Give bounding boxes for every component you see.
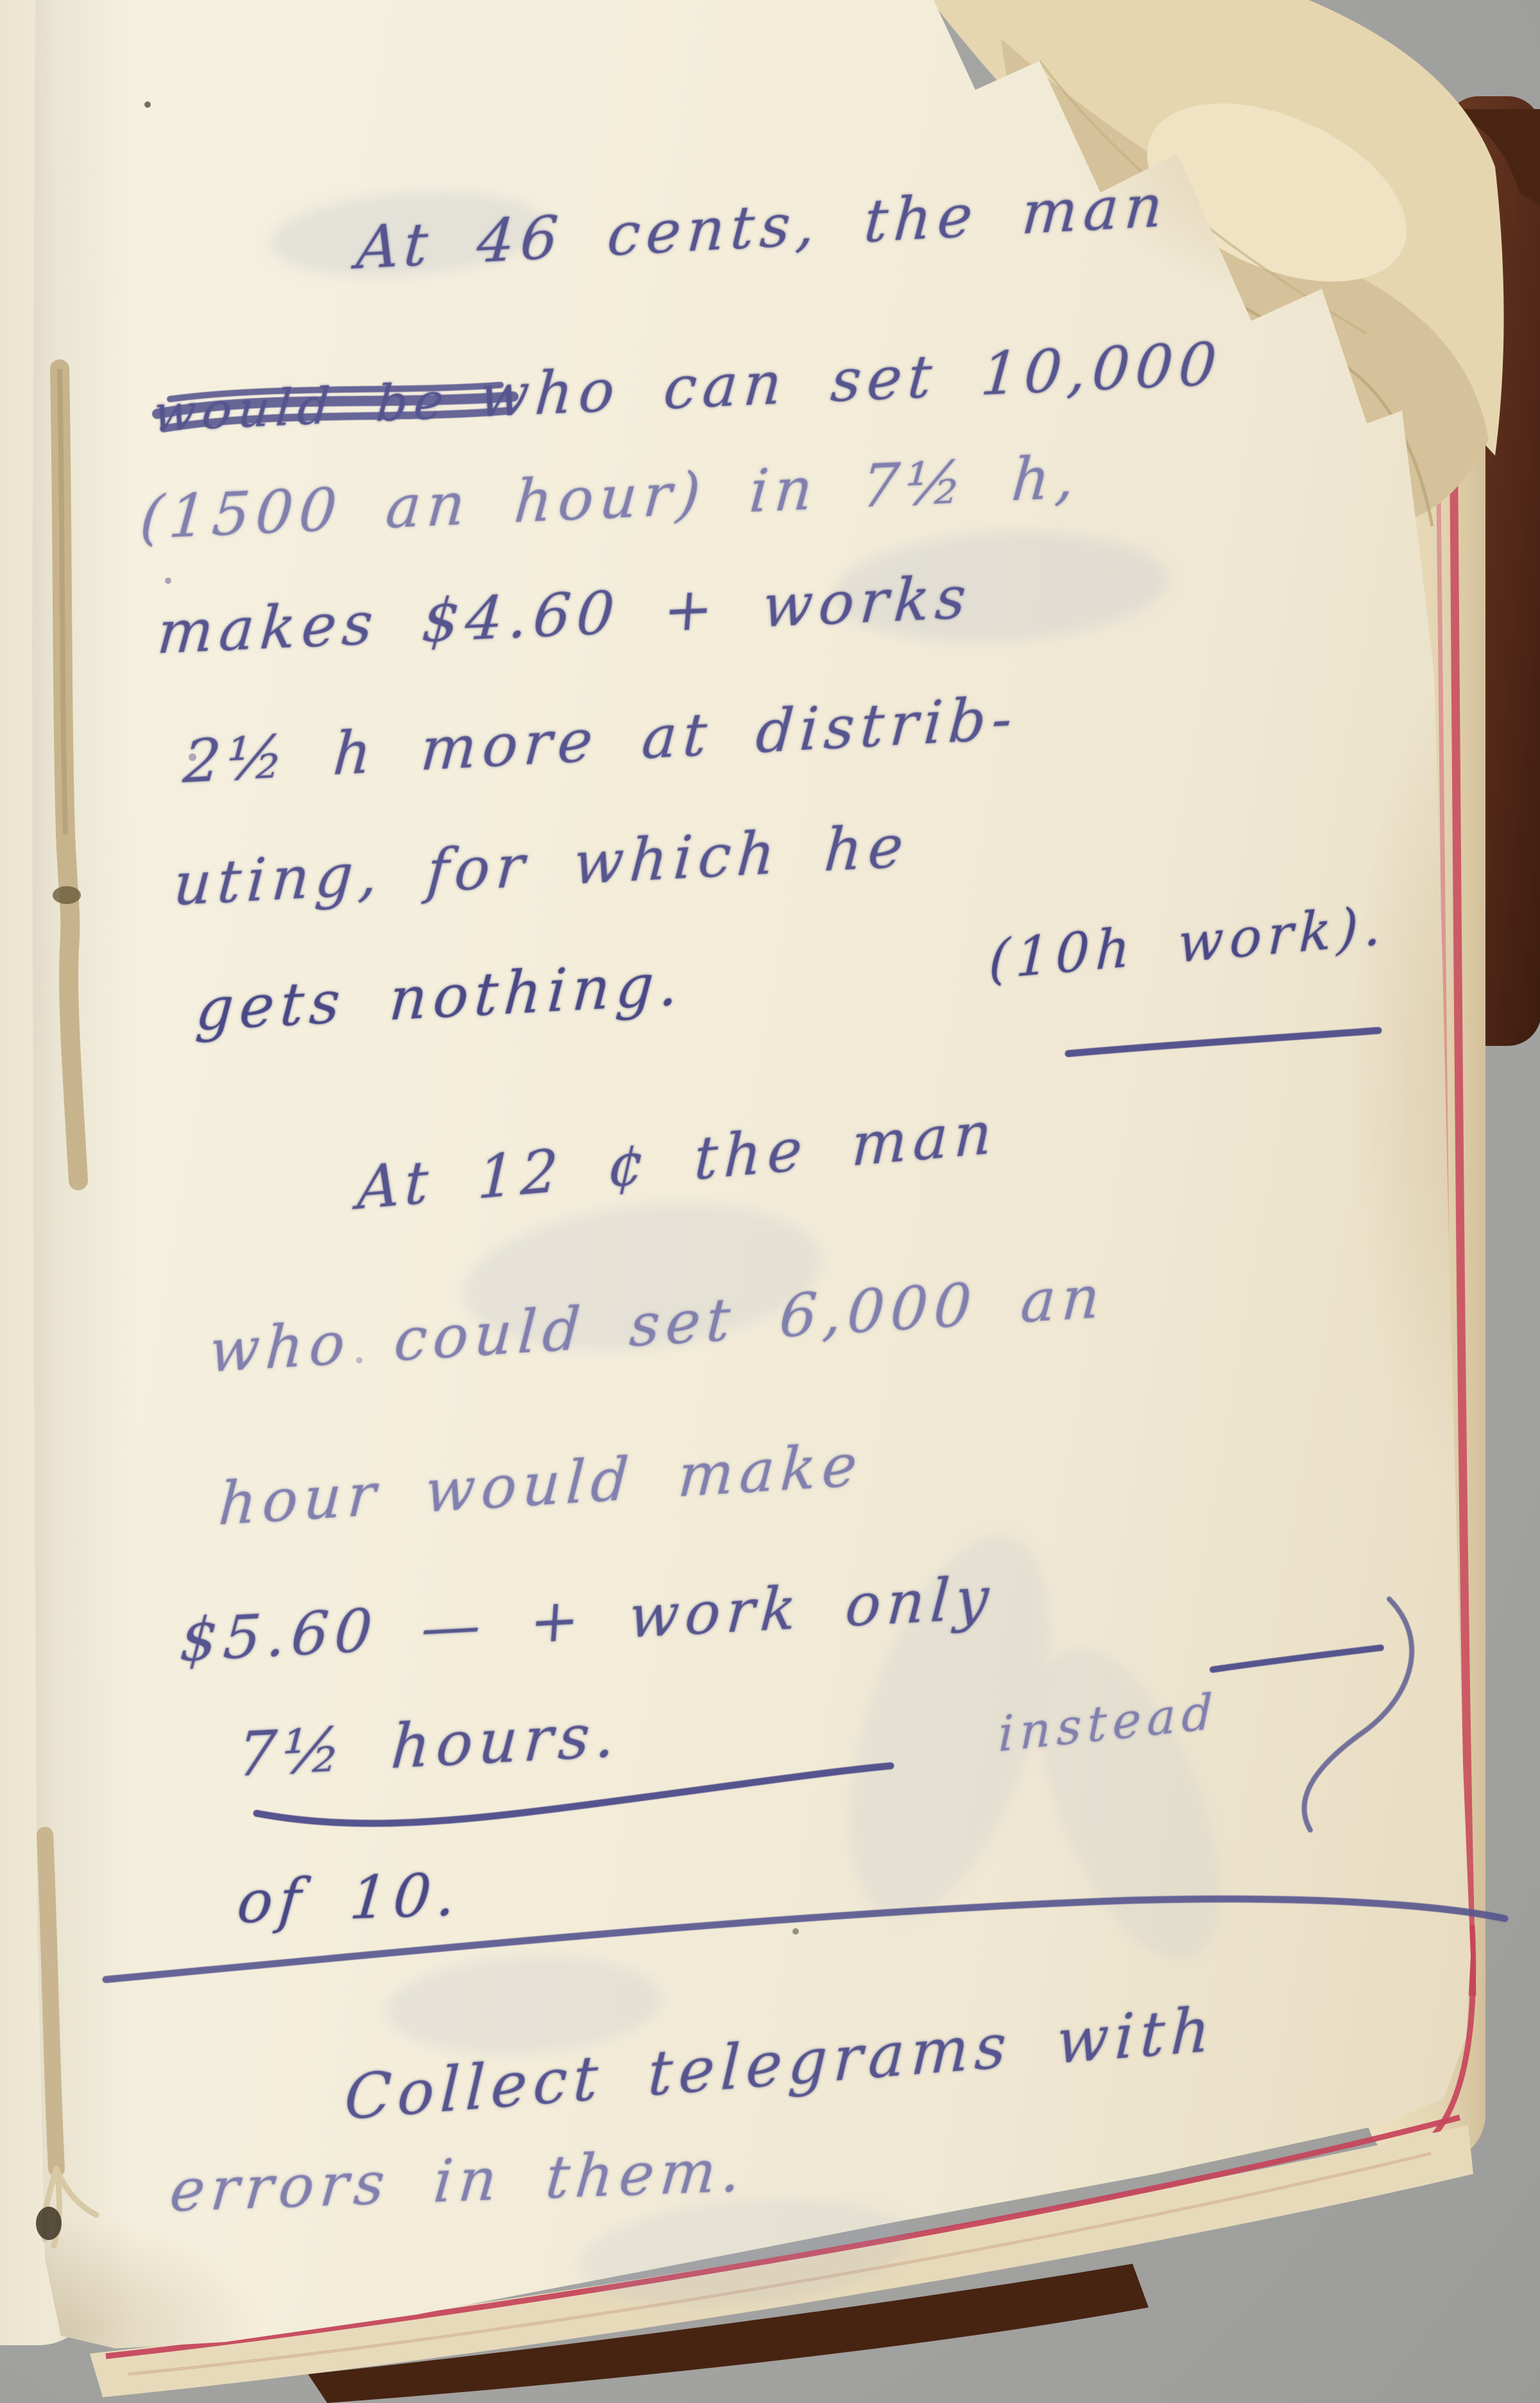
handwriting-line: At 12 ¢ the man — [354, 1099, 1000, 1223]
handwriting-line: At 46 cents, the man — [355, 171, 1170, 282]
handwriting-text: gets nothing. — [194, 950, 687, 1044]
handwriting-text: who could set 6,000 an — [207, 1262, 1108, 1386]
brace-flourish — [1305, 1599, 1412, 1830]
handwriting-line: (1500 an hour) in 7½ h, — [139, 443, 1081, 552]
handwriting-text: instead — [998, 1682, 1219, 1763]
handwriting-aside: instead — [995, 1682, 1221, 1763]
handwriting-text: (10h work). — [988, 894, 1388, 992]
handwriting-line: $5.60 — + work only — [178, 1564, 996, 1675]
handwriting-text: (1500 an hour) in 7½ h, — [137, 443, 1082, 552]
underline-10h-work — [1068, 1030, 1378, 1054]
handwriting-line: would bewho can set 10,000 — [151, 330, 1223, 445]
handwriting-line: hour would make — [217, 1430, 865, 1538]
handwriting-line: uting, for which he — [172, 812, 911, 919]
handwriting-text: $5.60 — + work only — [178, 1563, 997, 1675]
handwriting-aside: (10h work). — [986, 894, 1390, 991]
handwriting-text: Collect telegrams with — [343, 1993, 1218, 2134]
handwriting-text: uting, for which he — [171, 812, 911, 919]
handwriting-line: who could set 6,000 an — [207, 1262, 1108, 1385]
handwriting-text: of 10. — [234, 1860, 464, 1937]
handwriting-text: errors in them. — [167, 2136, 749, 2225]
handwriting-line: gets nothing. — [194, 950, 686, 1044]
handwriting-text: makes $4.60 + works — [155, 563, 974, 667]
handwriting-line: errors in them. — [169, 2136, 747, 2225]
handwriting-line: Collect telegrams with — [342, 1994, 1219, 2134]
handwriting-text: hour would make — [217, 1430, 865, 1539]
photo-backdrop: At 46 cents, the man would bewho can set… — [0, 0, 1540, 2403]
struck-word: would be — [151, 372, 451, 443]
handwriting-text: who can set 10,000 — [476, 329, 1225, 431]
handwriting-line: 2½ h more at distrib- — [182, 684, 1020, 796]
handwriting-line: makes $4.60 + works — [156, 563, 973, 667]
handwriting-text: At 46 cents, the man — [354, 171, 1170, 283]
handwriting-text: 2½ h more at distrib- — [181, 684, 1020, 797]
underline-only — [1213, 1648, 1381, 1670]
handwriting-line: 7½ hours. — [236, 1700, 623, 1790]
handwriting-text: 7½ hours. — [235, 1700, 624, 1791]
handwriting-layer: At 46 cents, the man would bewho can set… — [0, 0, 1540, 2403]
handwriting-text: At 12 ¢ the man — [356, 1098, 998, 1223]
handwriting-line: of 10. — [236, 1860, 463, 1937]
